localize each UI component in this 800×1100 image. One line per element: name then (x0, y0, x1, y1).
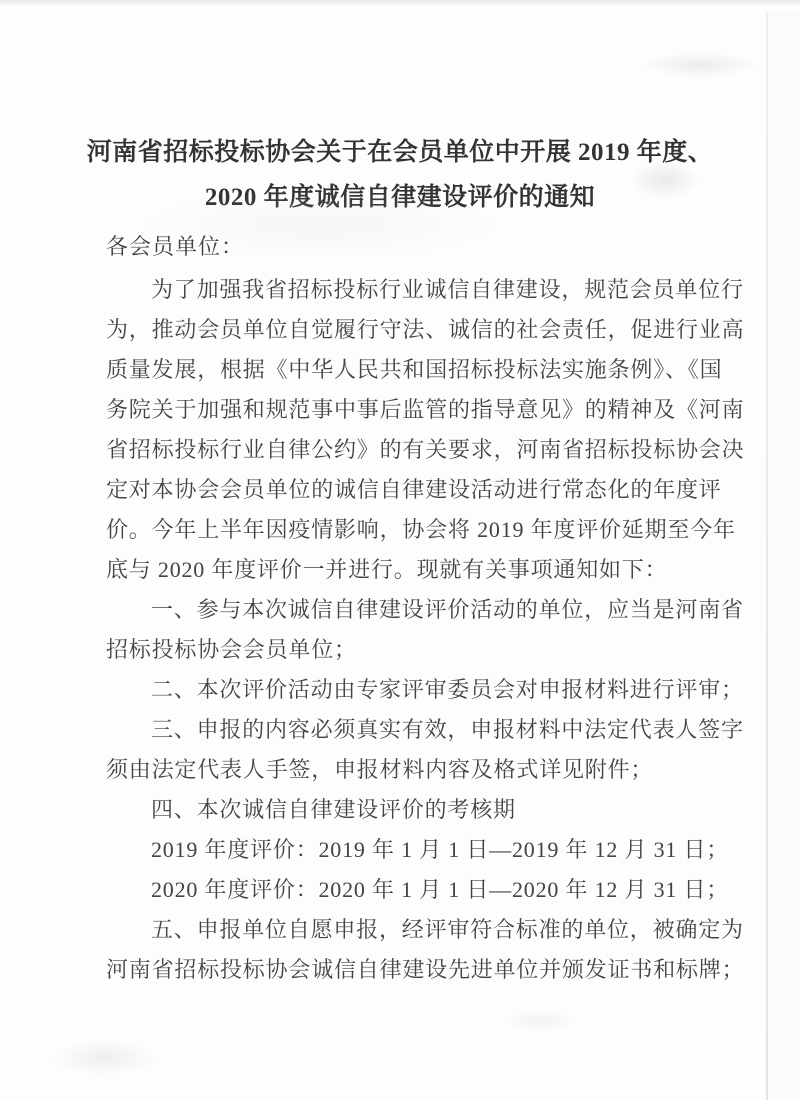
document-title-line-2: 2020 年度诚信自律建设评价的通知 (70, 175, 730, 220)
document-title-line-1: 河南省招标投标协会关于在会员单位中开展 2019 年度、 (70, 130, 730, 175)
body-line: 五、申报单位自愿申报，经评审符合标准的单位，被确定为 (106, 910, 708, 950)
body-line: 2020 年度评价：2020 年 1 月 1 日—2020 年 12 月 31 … (106, 870, 708, 910)
body-line: 底与 2020 年度评价一并进行。现就有关事项通知如下： (106, 550, 708, 590)
body-line: 省招标投标行业自律公约》的有关要求，河南省招标投标协会决 (106, 430, 708, 470)
body-line: 三、申报的内容必须真实有效，申报材料中法定代表人签字 (106, 710, 708, 750)
scan-page-edge-margin (768, 12, 800, 1100)
body-line: 河南省招标投标协会诚信自律建设先进单位并颁发证书和标牌； (106, 950, 708, 990)
body-line: 务院关于加强和规范事中事后监管的指导意见》的精神及《河南 (106, 390, 708, 430)
body-line: 二、本次评价活动由专家评审委员会对申报材料进行评审； (106, 670, 708, 710)
body-line: 须由法定代表人手签，申报材料内容及格式详见附件； (106, 750, 708, 790)
body-line: 四、本次诚信自律建设评价的考核期 (106, 790, 708, 830)
salutation: 各会员单位： (0, 220, 800, 262)
body-line: 2019 年度评价：2019 年 1 月 1 日—2019 年 12 月 31 … (106, 830, 708, 870)
body-line: 为，推动会员单位自觉履行守法、诚信的社会责任，促进行业高 (106, 310, 708, 350)
body-line: 价。今年上半年因疫情影响，协会将 2019 年度评价延期至今年 (106, 510, 708, 550)
body-line: 为了加强我省招标投标行业诚信自律建设，规范会员单位行 (106, 270, 708, 310)
scanned-document-page: 河南省招标投标协会关于在会员单位中开展 2019 年度、 2020 年度诚信自律… (0, 0, 800, 1100)
scan-smudge (500, 1010, 580, 1032)
body-line: 定对本协会会员单位的诚信自律建设活动进行常态化的年度评 (106, 470, 708, 510)
body-line: 招标投标协会会员单位； (106, 630, 708, 670)
body-line: 一、参与本次诚信自律建设评价活动的单位，应当是河南省 (106, 590, 708, 630)
document-body: 为了加强我省招标投标行业诚信自律建设，规范会员单位行为，推动会员单位自觉履行守法… (0, 262, 800, 990)
scan-smudge (50, 1040, 160, 1076)
scan-top-edge-artifact (0, 0, 800, 7)
scan-page-edge-line (766, 12, 768, 1100)
document-title: 河南省招标投标协会关于在会员单位中开展 2019 年度、 2020 年度诚信自律… (0, 0, 800, 220)
body-line: 质量发展，根据《中华人民共和国招标投标法实施条例》、《国 (106, 350, 708, 390)
